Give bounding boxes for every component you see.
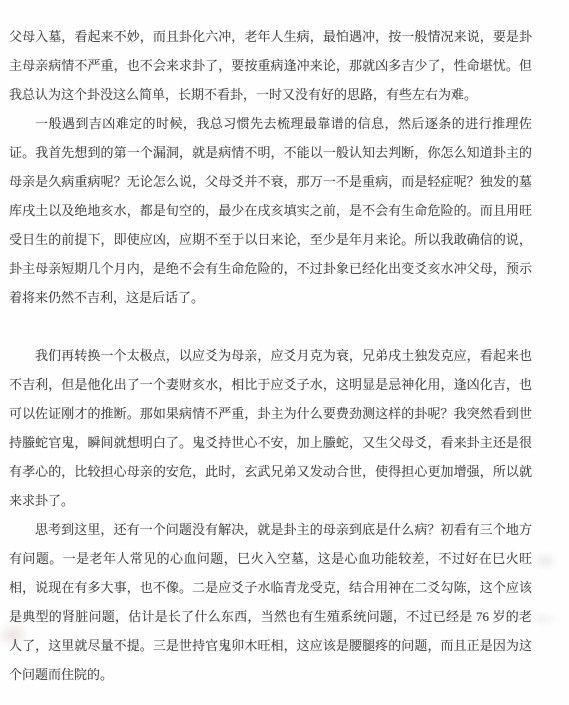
screenshot-root: { "page": { "background_color": "#fefefe…	[0, 0, 569, 705]
document-page: 父母入墓，看起来不妙，而且卦化六冲，老年人生病，最怕遇冲，按一般情况来说，要是卦…	[0, 0, 569, 705]
paragraph-break	[9, 312, 532, 341]
paragraph-2: 一般遇到吉凶难定的时候，我总习惯先去梳理最靠谱的信息，然后逐条的进行推理佐证。我…	[9, 109, 532, 312]
paragraph-4: 思考到这里，还有一个问题没有解决，就是卦主的母亲到底是什么病？初看有三个地方有问…	[9, 515, 532, 689]
paragraph-3: 我们再转换一个太极点，以应爻为母亲，应爻月克为衰，兄弟戌土独发克应，看起来也不吉…	[9, 341, 532, 515]
paragraph-1: 父母入墓，看起来不妙，而且卦化六冲，老年人生病，最怕遇冲，按一般情况来说，要是卦…	[9, 22, 532, 109]
